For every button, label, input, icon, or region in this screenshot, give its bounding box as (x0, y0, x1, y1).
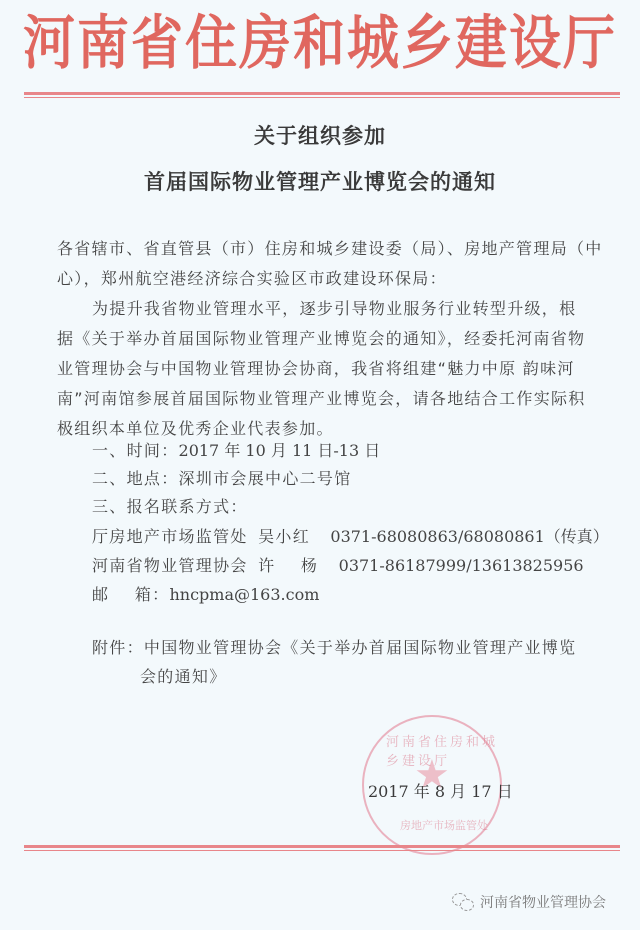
paragraph-line2: 据《关于举办首届国际物业管理产业博览会的通知》，经委托河南省物 (57, 326, 585, 349)
addressee-line2: 心），郑州航空港经济综合实验区市政建设环保局： (57, 266, 447, 289)
place-label: 二、地点： (92, 469, 179, 488)
wechat-watermark: 河南省物业管理协会 (452, 892, 606, 912)
divider-thin (24, 850, 620, 851)
contact-org: 厅房地产市场监管处 (92, 527, 248, 546)
divider-thin (24, 97, 620, 98)
contact-row: 厅房地产市场监管处 吴小红 0371-68080863/68080861（传真） (92, 524, 609, 547)
email-row: 邮 箱：hncpma@163.com (92, 582, 319, 605)
addressee-line1: 各省辖市、省直管县（市）住房和城乡建设委（局）、房地产管理局（中 (57, 236, 603, 259)
attachment-label: 附件： (92, 638, 144, 657)
divider-thick (24, 845, 620, 848)
contact-person: 许 杨 (258, 556, 318, 575)
contact-person: 吴小红 (258, 527, 310, 546)
contact-row: 河南省物业管理协会 许 杨 0371-86187999/13613825956 (92, 553, 584, 576)
contact-org: 河南省物业管理协会 (92, 556, 248, 575)
paragraph-line5: 极组织本单位及优秀企业代表参加。 (57, 416, 334, 439)
time-item: 一、时间：2017 年 10 月 11 日-13 日 (92, 438, 380, 461)
email-value[interactable]: hncpma@163.com (169, 585, 319, 604)
letterhead-issuer: 河南省住房和城乡建设厅 (0, 10, 640, 77)
email-label: 邮 箱： (92, 585, 169, 604)
place-value: 深圳市会展中心二号馆 (179, 469, 352, 488)
contact-phone: 0371-86187999/13613825956 (339, 556, 584, 575)
contact-heading: 三、报名联系方式： (92, 494, 248, 517)
document-title-line1: 关于组织参加 (0, 120, 640, 150)
attachment-line2: 会的通知》 (140, 664, 227, 687)
letterhead-divider (24, 92, 620, 98)
paragraph-line1: 为提升我省物业管理水平，逐步引导物业服务行业转型升级，根 (92, 296, 576, 319)
contact-phone: 0371-68080863/68080861（传真） (330, 527, 608, 546)
place-item: 二、地点：深圳市会展中心二号馆 (92, 466, 352, 489)
watermark-text: 河南省物业管理协会 (480, 892, 606, 912)
signature-date: 2017 年 8 月 17 日 (368, 779, 513, 802)
divider-thick (24, 92, 620, 95)
seal-bottom-text: 房地产市场监管处 (400, 817, 488, 833)
document-title-line2: 首届国际物业管理产业博览会的通知 (0, 166, 640, 196)
time-value: 2017 年 10 月 11 日-13 日 (179, 441, 381, 460)
wechat-icon (452, 893, 474, 911)
time-label: 一、时间： (92, 441, 179, 460)
paragraph-line3: 业管理协会与中国物业管理协会协商，我省将组建“魅力中原 韵味河 (57, 356, 575, 379)
paragraph-line4: 南”河南馆参展首届国际物业管理产业博览会，请各地结合工作实际积 (57, 386, 586, 409)
footer-divider (24, 845, 620, 851)
attachment-line1: 附件：中国物业管理协会《关于举办首届国际物业管理产业博览 (92, 635, 576, 658)
attachment-text: 中国物业管理协会《关于举办首届国际物业管理产业博览 (144, 638, 577, 657)
